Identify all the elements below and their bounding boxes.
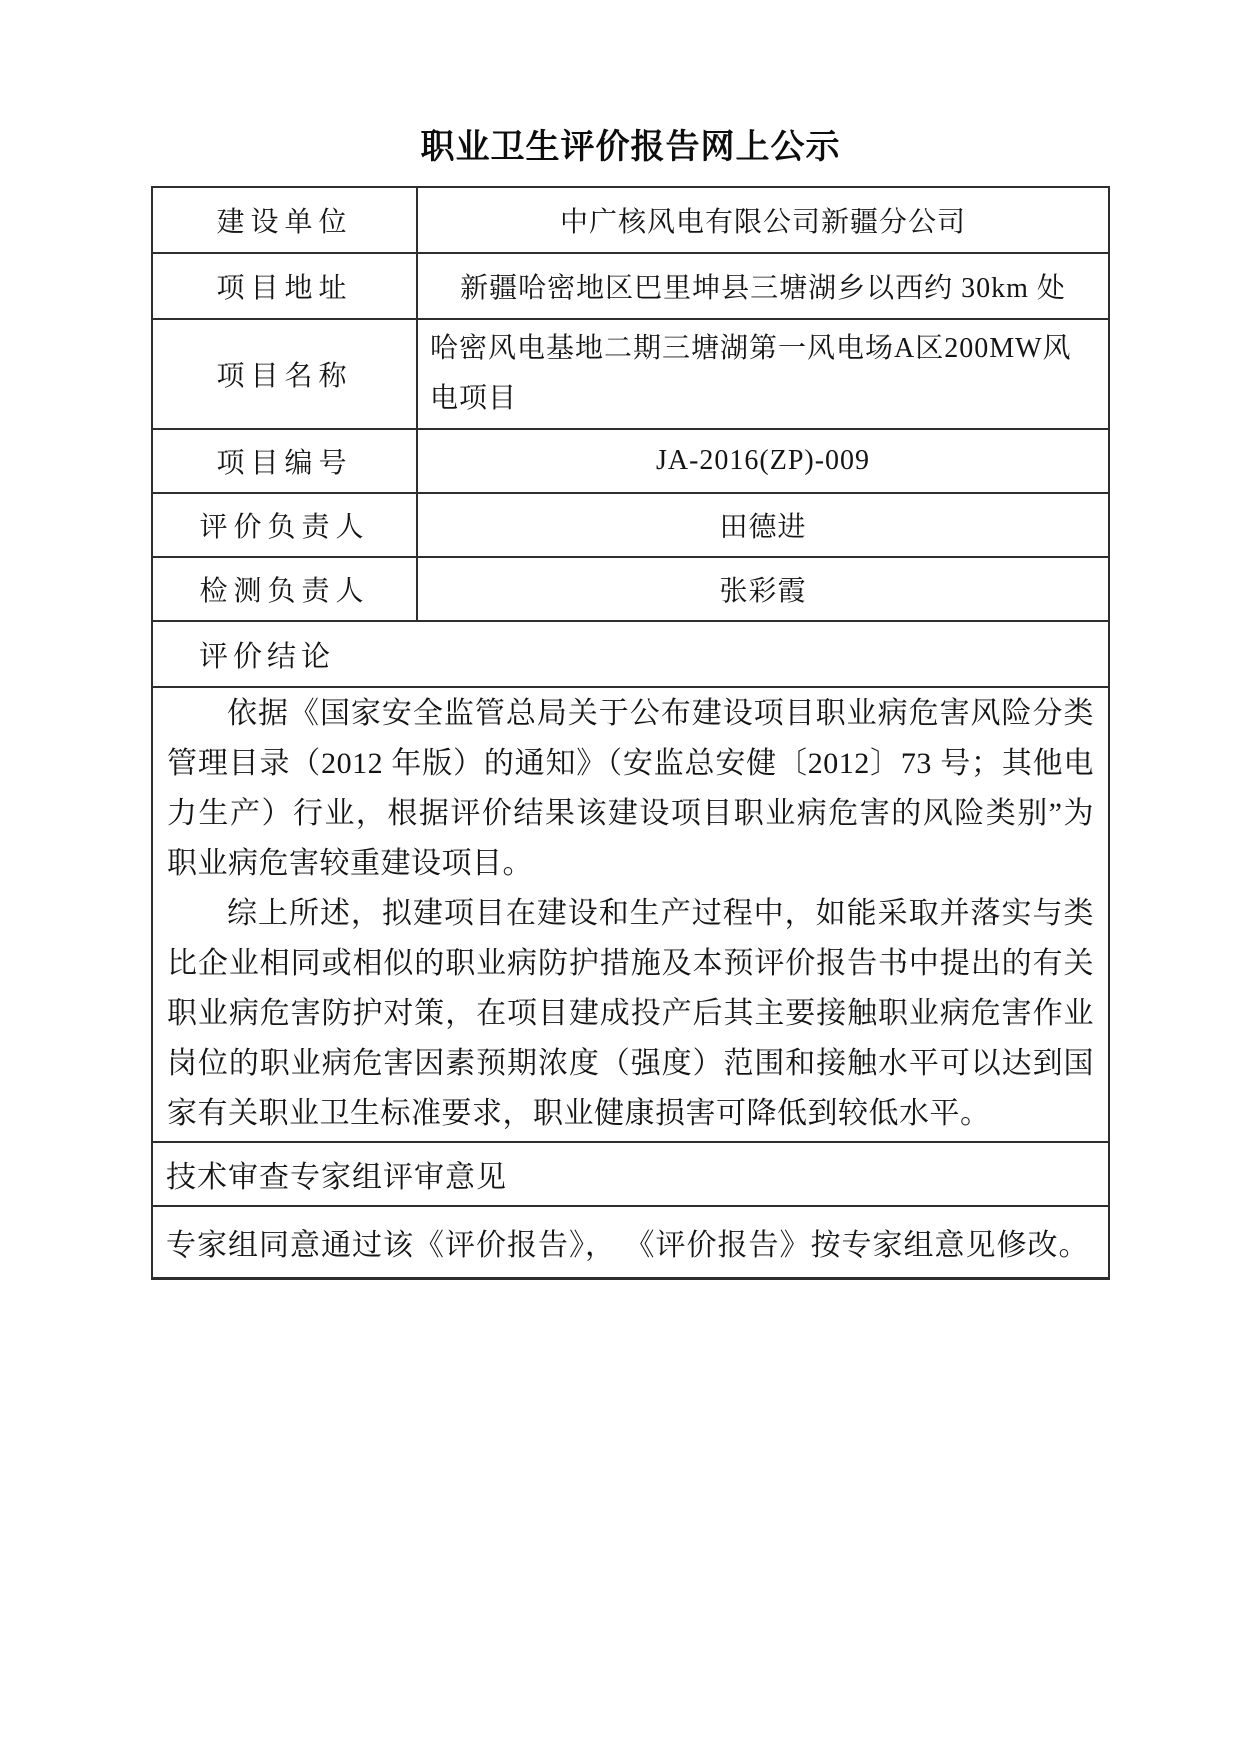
- table-row-construction-unit: 建设单位 中广核风电有限公司新疆分公司: [153, 188, 1108, 254]
- row-value: JA-2016(ZP)-009: [418, 430, 1108, 492]
- row-value: 张彩霞: [418, 558, 1108, 620]
- table-row-evaluation-leader: 评价负责人 田德进: [153, 494, 1108, 558]
- conclusion-paragraph: 综上所述，拟建项目在建设和生产过程中，如能采取并落实与类比企业相同或相似的职业病…: [167, 889, 1094, 1139]
- conclusion-header: 评价结论: [153, 622, 1108, 686]
- row-label: 建设单位: [153, 188, 418, 252]
- row-label: 项目编号: [153, 430, 418, 492]
- page-title: 职业卫生评价报告网上公示: [151, 126, 1110, 170]
- table-row-expert-review-header: 技术审查专家组评审意见: [153, 1143, 1108, 1207]
- row-value: 中广核风电有限公司新疆分公司: [418, 188, 1108, 252]
- table-row-project-address: 项目地址 新疆哈密地区巴里坤县三塘湖乡以西约 30km 处: [153, 254, 1108, 320]
- row-value: 田德进: [418, 494, 1108, 556]
- row-value: 哈密风电基地二期三塘湖第一风电场A区200MW风电项目: [418, 320, 1108, 428]
- conclusion-text: 依据《国家安全监管总局关于公布建设项目职业病危害风险分类管理目录（2012 年版…: [153, 688, 1108, 1141]
- row-label: 评价负责人: [153, 494, 418, 556]
- table-row-expert-opinion: 专家组同意通过该《评价报告》， 《评价报告》按专家组意见修改。: [153, 1207, 1108, 1277]
- row-label: 检测负责人: [153, 558, 418, 620]
- table-row-conclusion-body: 依据《国家安全监管总局关于公布建设项目职业病危害风险分类管理目录（2012 年版…: [153, 688, 1108, 1143]
- info-table: 建设单位 中广核风电有限公司新疆分公司 项目地址 新疆哈密地区巴里坤县三塘湖乡以…: [151, 186, 1110, 1280]
- document-page: { "title": "职业卫生评价报告网上公示", "table": { "r…: [0, 0, 1241, 1755]
- conclusion-paragraph: 依据《国家安全监管总局关于公布建设项目职业病危害风险分类管理目录（2012 年版…: [167, 689, 1094, 889]
- row-value: 新疆哈密地区巴里坤县三塘湖乡以西约 30km 处: [418, 254, 1108, 318]
- expert-opinion-text: 专家组同意通过该《评价报告》， 《评价报告》按专家组意见修改。: [153, 1207, 1108, 1277]
- table-row-testing-leader: 检测负责人 张彩霞: [153, 558, 1108, 622]
- row-label: 项目名称: [153, 320, 418, 428]
- table-row-project-number: 项目编号 JA-2016(ZP)-009: [153, 430, 1108, 494]
- table-row-conclusion-header: 评价结论: [153, 622, 1108, 688]
- report-document: 职业卫生评价报告网上公示 建设单位 中广核风电有限公司新疆分公司 项目地址 新疆…: [151, 126, 1110, 1280]
- table-row-project-name: 项目名称 哈密风电基地二期三塘湖第一风电场A区200MW风电项目: [153, 320, 1108, 430]
- expert-review-header: 技术审查专家组评审意见: [153, 1143, 1108, 1205]
- row-label: 项目地址: [153, 254, 418, 318]
